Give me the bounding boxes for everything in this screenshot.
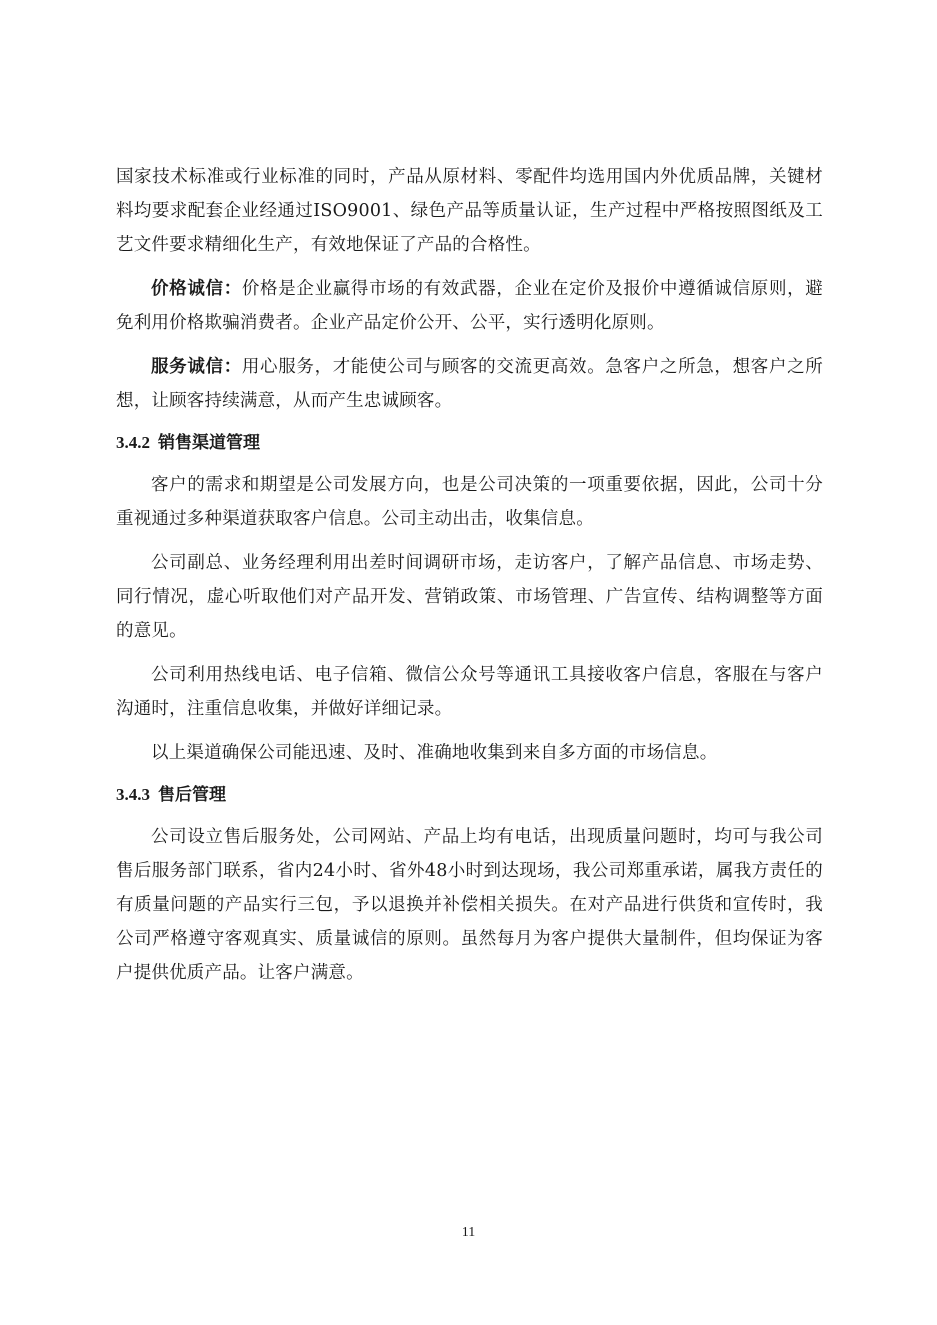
paragraph: 以上渠道确保公司能迅速、及时、准确地收集到来自多方面的市场信息。 xyxy=(116,736,823,770)
paragraph: 公司副总、业务经理利用出差时间调研市场，走访客户，了解产品信息、市场走势、同行情… xyxy=(116,546,823,648)
section-number: 3.4.2 xyxy=(116,433,150,452)
section-title: 售后管理 xyxy=(158,785,226,804)
section-title: 销售渠道管理 xyxy=(158,433,260,452)
paragraph: 公司利用热线电话、电子信箱、微信公众号等通讯工具接收客户信息，客服在与客户沟通时… xyxy=(116,658,823,726)
document-page: 国家技术标准或行业标准的同时，产品从原材料、零配件均选用国内外优质品牌，关键材料… xyxy=(0,0,937,1325)
paragraph-price-integrity: 价格诚信：价格是企业赢得市场的有效武器，企业在定价及报价中遵循诚信原则，避免利用… xyxy=(116,272,823,340)
page-number: 11 xyxy=(0,1225,937,1241)
page-content: 国家技术标准或行业标准的同时，产品从原材料、零配件均选用国内外优质品牌，关键材料… xyxy=(116,160,823,1000)
paragraph: 客户的需求和期望是公司发展方向，也是公司决策的一项重要依据，因此，公司十分重视通… xyxy=(116,468,823,536)
paragraph-quality-continued: 国家技术标准或行业标准的同时，产品从原材料、零配件均选用国内外优质品牌，关键材料… xyxy=(116,160,823,262)
section-heading-3-4-2: 3.4.2销售渠道管理 xyxy=(116,428,823,458)
paragraph-service-integrity: 服务诚信：用心服务，才能使公司与顾客的交流更高效。急客户之所急，想客户之所想，让… xyxy=(116,350,823,418)
price-integrity-label: 价格诚信： xyxy=(151,279,242,299)
service-integrity-label: 服务诚信： xyxy=(151,357,242,377)
section-number: 3.4.3 xyxy=(116,785,150,804)
section-heading-3-4-3: 3.4.3售后管理 xyxy=(116,780,823,810)
paragraph: 公司设立售后服务处，公司网站、产品上均有电话，出现质量问题时，均可与我公司售后服… xyxy=(116,820,823,990)
